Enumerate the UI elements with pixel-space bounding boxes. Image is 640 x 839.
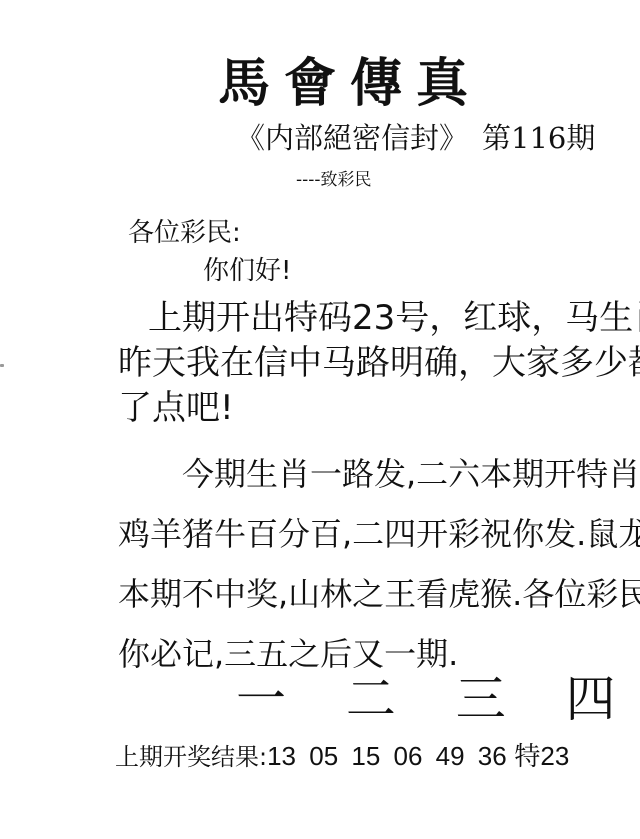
confidential-envelope-label: 《内部絕密信封》: [236, 121, 468, 155]
paragraph-line: 昨天我在信中马路明确，大家多少都中: [118, 341, 618, 386]
document-title: 馬會傳真: [218, 52, 482, 116]
paragraph-poem: 今期生肖一路发,二六本期开特肖. 鸡羊猪牛百分百,二四开彩祝你发.鼠龙 本期不中…: [118, 444, 618, 684]
results-label: 上期开奖结果:: [115, 743, 267, 771]
scan-artifact: [0, 364, 4, 367]
salutation: 各位彩民:: [128, 215, 241, 251]
results-numbers: 13 05 15 06 49 36: [267, 741, 507, 771]
last-draw-results: 上期开奖结果:13 05 15 06 49 36 特23: [115, 738, 569, 775]
poem-line: 鸡羊猪牛百分百,二四开彩祝你发.鼠龙: [118, 504, 618, 564]
paragraph-line: 上期开出特码23号，红球，马生肖。: [118, 296, 618, 341]
chinese-numerals: 一 二 三 四: [236, 668, 638, 730]
paragraph-last-result: 上期开出特码23号，红球，马生肖。 昨天我在信中马路明确，大家多少都中 了点吧!: [118, 296, 618, 431]
issue-number: 第116期: [482, 121, 595, 155]
greeting: 你们好!: [203, 253, 291, 289]
paragraph-line: 了点吧!: [118, 386, 618, 431]
poem-line: 今期生肖一路发,二六本期开特肖.: [118, 444, 618, 504]
signoff: ----致彩民: [296, 168, 372, 192]
subtitle: 《内部絕密信封》第116期: [236, 118, 595, 158]
poem-line: 本期不中奖,山林之王看虎猴.各位彩民: [118, 564, 618, 624]
special-number: 特23: [514, 741, 569, 771]
